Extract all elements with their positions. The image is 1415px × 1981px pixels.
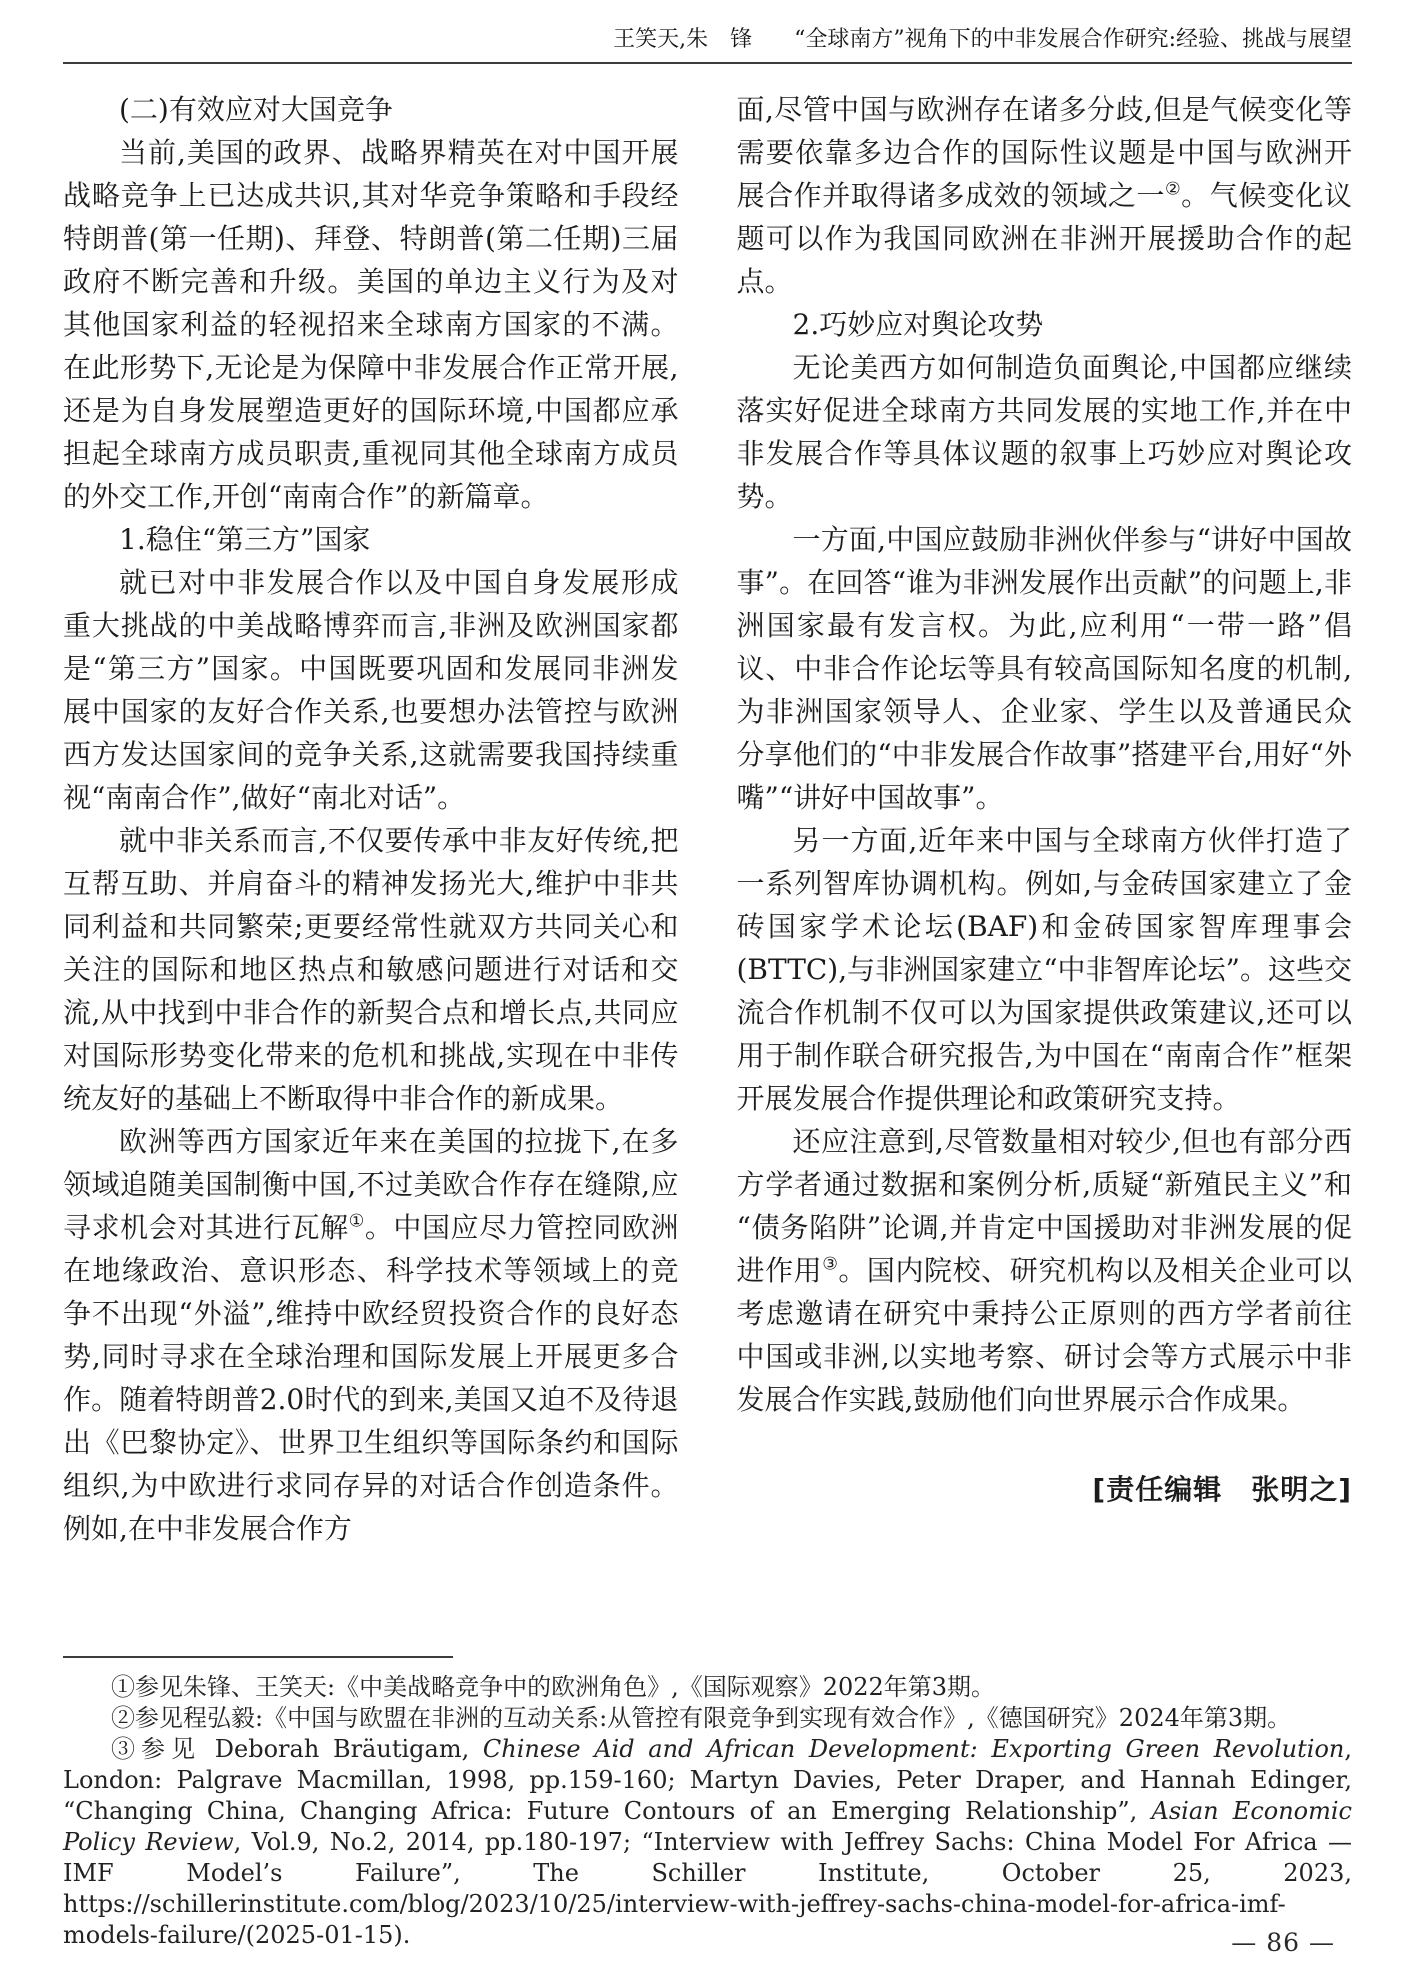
text-run: (二)有效应对大国竞争 (119, 93, 393, 126)
section-heading: 2.巧妙应对舆论攻势 (737, 303, 1353, 346)
footnotes-section: ①参见朱锋、王笑天:《中美战略竞争中的欧洲角色》,《国际观察》2022年第3期。… (63, 1656, 1352, 1951)
paper-page: 王笑天,朱 锋“全球南方”视角下的中非发展合作研究:经验、挑战与展望 (二)有效… (0, 0, 1415, 1981)
text-run: [责任编辑 张明之] (1092, 1473, 1352, 1506)
text-run: 当前,美国的政界、战略界精英在对中国开展战略竞争上已达成共识,其对华竞争策略和手… (63, 136, 679, 513)
footnote-separator (63, 1656, 453, 1658)
footnote-ref: ① (349, 1212, 365, 1232)
text-run: 就已对中非发展合作以及中国自身发展形成重大挑战的中美战略博弈而言,非洲及欧洲国家… (63, 566, 679, 814)
right-column: 面,尽管中国与欧洲存在诸多分歧,但是气候变化等需要依靠多边合作的国际性议题是中国… (737, 88, 1353, 1550)
paragraph: 另一方面,近年来中国与全球南方伙伴打造了一系列智库协调机构。例如,与金砖国家建立… (737, 819, 1353, 1120)
article-body: (二)有效应对大国竞争当前,美国的政界、战略界精英在对中国开展战略竞争上已达成共… (63, 88, 1352, 1550)
paragraph: 还应注意到,尽管数量相对较少,但也有部分西方学者通过数据和案例分析,质疑“新殖民… (737, 1120, 1353, 1421)
paragraph: 当前,美国的政界、战略界精英在对中国开展战略竞争上已达成共识,其对华竞争策略和手… (63, 131, 679, 518)
text-run: 就中非关系而言,不仅要传承中非友好传统,把互帮互助、并肩奋斗的精神发扬光大,维护… (63, 824, 679, 1115)
header-article-title: “全球南方”视角下的中非发展合作研究:经验、挑战与展望 (794, 27, 1352, 52)
footnote: ①参见朱锋、王笑天:《中美战略竞争中的欧洲角色》,《国际观察》2022年第3期。 (63, 1672, 1352, 1703)
editor-note: [责任编辑 张明之] (737, 1468, 1353, 1511)
paragraph: 一方面,中国应鼓励非洲伙伴参与“讲好中国故事”。在回答“谁为非洲发展作出贡献”的… (737, 518, 1353, 819)
text-run: , Vol.9, No.2, 2014, pp.180-197; “Interv… (63, 1828, 1352, 1949)
footnote: ②参见程弘毅:《中国与欧盟在非洲的互动关系:从管控有限竞争到实现有效合作》,《德… (63, 1703, 1352, 1734)
footnote: ③参见 Deborah Bräutigam, Chinese Aid and A… (63, 1734, 1352, 1951)
page-number: — 86 — (1231, 1928, 1335, 1957)
left-column: (二)有效应对大国竞争当前,美国的政界、战略界精英在对中国开展战略竞争上已达成共… (63, 88, 679, 1550)
paragraph: 就已对中非发展合作以及中国自身发展形成重大挑战的中美战略博弈而言,非洲及欧洲国家… (63, 561, 679, 819)
paragraph: 就中非关系而言,不仅要传承中非友好传统,把互帮互助、并肩奋斗的精神发扬光大,维护… (63, 819, 679, 1120)
section-heading: (二)有效应对大国竞争 (63, 88, 679, 131)
header-rule (63, 62, 1352, 64)
text-run: ②参见程弘毅:《中国与欧盟在非洲的互动关系:从管控有限竞争到实现有效合作》,《德… (111, 1704, 1291, 1732)
text-run: Chinese Aid and African Development: Exp… (483, 1735, 1344, 1763)
text-run: 。国内院校、研究机构以及相关企业可以考虑邀请在研究中秉持公正原则的西方学者前往中… (737, 1254, 1353, 1416)
footnote-ref: ② (1165, 180, 1181, 200)
text-run: 另一方面,近年来中国与全球南方伙伴打造了一系列智库协调机构。例如,与金砖国家建立… (737, 824, 1353, 1115)
text-run: 无论美西方如何制造负面舆论,中国都应继续落实好促进全球南方共同发展的实地工作,并… (737, 351, 1353, 513)
section-heading: 1.稳住“第三方”国家 (63, 518, 679, 561)
footnote-ref: ③ (822, 1255, 838, 1275)
text-run: ③参见 Deborah Bräutigam, (111, 1735, 483, 1763)
paragraph: 面,尽管中国与欧洲存在诸多分歧,但是气候变化等需要依靠多边合作的国际性议题是中国… (737, 88, 1353, 303)
footnote-list: ①参见朱锋、王笑天:《中美战略竞争中的欧洲角色》,《国际观察》2022年第3期。… (63, 1672, 1352, 1951)
running-header: 王笑天,朱 锋“全球南方”视角下的中非发展合作研究:经验、挑战与展望 (63, 22, 1352, 53)
header-authors: 王笑天,朱 锋 (613, 27, 752, 52)
paragraph: 欧洲等西方国家近年来在美国的拉拢下,在多领域追随美国制衡中国,不过美欧合作存在缝… (63, 1120, 679, 1550)
paragraph: 无论美西方如何制造负面舆论,中国都应继续落实好促进全球南方共同发展的实地工作,并… (737, 346, 1353, 518)
text-run: 。中国应尽力管控同欧洲在地缘政治、意识形态、科学技术等领域上的竞争不出现“外溢”… (63, 1211, 679, 1545)
text-run: 一方面,中国应鼓励非洲伙伴参与“讲好中国故事”。在回答“谁为非洲发展作出贡献”的… (737, 523, 1353, 814)
text-run: ①参见朱锋、王笑天:《中美战略竞争中的欧洲角色》,《国际观察》2022年第3期。 (111, 1673, 995, 1701)
text-run: 2.巧妙应对舆论攻势 (793, 308, 1044, 341)
text-run: 1.稳住“第三方”国家 (119, 523, 370, 556)
